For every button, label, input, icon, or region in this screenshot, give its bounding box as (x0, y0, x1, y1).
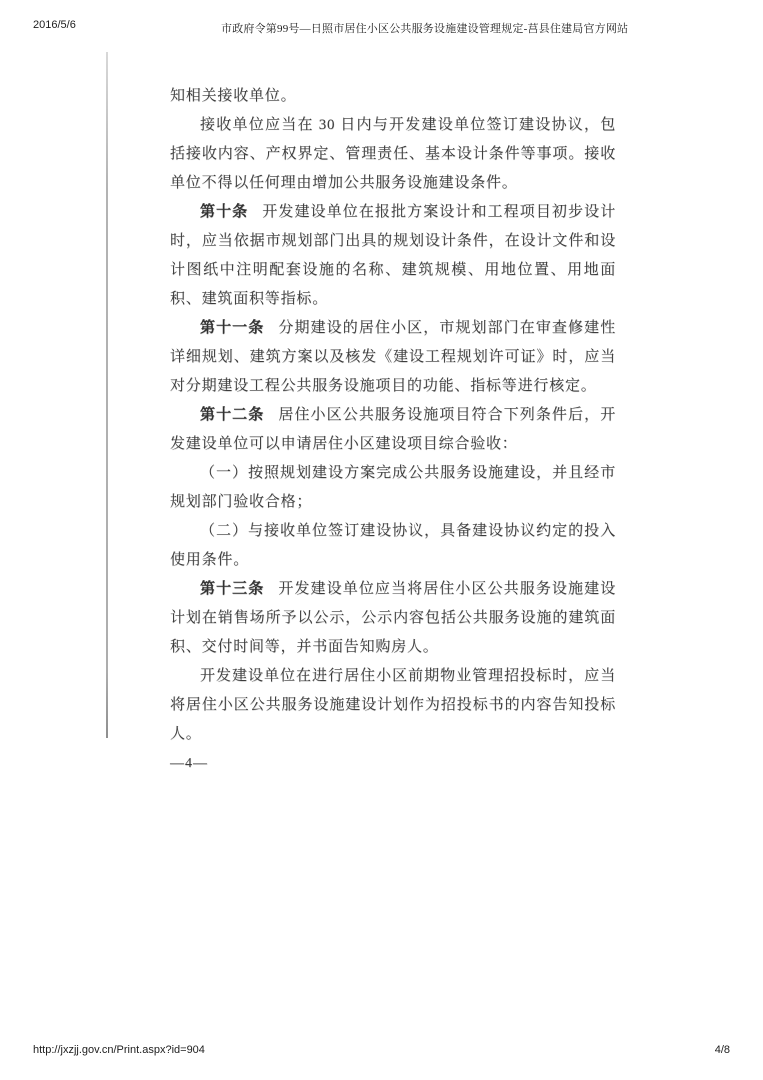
document-paragraph: 第十二条居住小区公共服务设施项目符合下列条件后，开发建设单位可以申请居住小区建设… (170, 401, 616, 459)
article-number: 第十三条 (200, 581, 264, 597)
document-paragraph: 开发建设单位在进行居住小区前期物业管理招投标时，应当将居住小区公共服务设施建设计… (170, 662, 616, 749)
article-number: 第十一条 (200, 320, 264, 336)
print-preview-page: 2016/5/6 市政府令第99号—日照市居住小区公共服务设施建设管理规定-莒县… (0, 0, 763, 1080)
document-text-block: 知相关接收单位。接收单位应当在 30 日内与开发建设单位签订建设协议，包括接收内… (170, 82, 616, 778)
document-paragraph: 知相关接收单位。 (170, 82, 616, 111)
article-number: 第十二条 (200, 407, 264, 423)
document-paragraph: （一）按照规划建设方案完成公共服务设施建设，并且经市规划部门验收合格； (170, 459, 616, 517)
article-number: 第十条 (200, 204, 248, 220)
document-page-marker: —4— (170, 749, 616, 778)
document-paragraph: 第十三条开发建设单位应当将居住小区公共服务设施建设计划在销售场所予以公示，公示内… (170, 575, 616, 662)
print-header-date: 2016/5/6 (33, 19, 76, 31)
document-paragraph: 第十条开发建设单位在报批方案设计和工程项目初步设计时，应当依据市规划部门出具的规… (170, 198, 616, 314)
print-footer-url: http://jxzjj.gov.cn/Print.aspx?id=904 (33, 1044, 205, 1056)
scanned-page-edge-line (106, 52, 108, 738)
print-footer-page-indicator: 4/8 (715, 1044, 730, 1056)
document-paragraph: 接收单位应当在 30 日内与开发建设单位签订建设协议，包括接收内容、产权界定、管… (170, 111, 616, 198)
document-paragraph: 第十一条分期建设的居住小区，市规划部门在审查修建性详细规划、建筑方案以及核发《建… (170, 314, 616, 401)
document-body: 知相关接收单位。接收单位应当在 30 日内与开发建设单位签订建设协议，包括接收内… (170, 82, 616, 749)
document-paragraph: （二）与接收单位签订建设协议，具备建设协议约定的投入使用条件。 (170, 517, 616, 575)
print-header-title: 市政府令第99号—日照市居住小区公共服务设施建设管理规定-莒县住建局官方网站 (221, 20, 628, 36)
